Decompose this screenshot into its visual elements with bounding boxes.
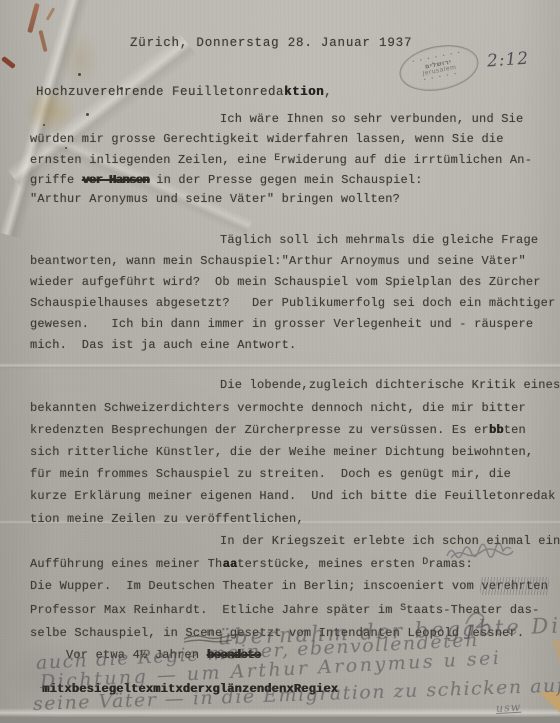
- page-bottom-edge: [0, 717, 560, 723]
- paragraph-3: Die lobende,zugleich dichterische Kritik…: [30, 374, 556, 529]
- typed-text: kurze Erklärung meiner eigenen Hand. Und…: [30, 489, 555, 503]
- dateline: Zürich, Donnerstag 28. Januar 1937: [130, 36, 412, 50]
- typed-text: bekannten Schweizerdichters vermochte de…: [30, 401, 526, 415]
- typed-text: mich. Das ist ja auch eine Antwort.: [30, 338, 296, 352]
- typed-text: ktion: [284, 85, 324, 99]
- letter-line: mich. Das ist ja auch eine Antwort.: [30, 335, 556, 356]
- letter-line: Ich wäre Ihnen so sehr verbunden, und Si…: [30, 110, 556, 130]
- typed-text: ,: [324, 85, 332, 99]
- typed-text: beantworten, wann mein Schauspiel:"Arthu…: [30, 254, 526, 268]
- letter-line: ernsten inliegenden Zeilen, eine Erwider…: [30, 149, 556, 171]
- typed-text: aa: [222, 557, 237, 571]
- typed-text: Professor Max Reinhardt. Etliche Jahre s…: [30, 603, 400, 617]
- salutation: Hochzuverehrende Feuilletonredaktion,: [36, 85, 332, 99]
- typed-text: Ich wäre Ihnen so sehr verbunden, und Si…: [220, 112, 523, 126]
- typed-text: verehrten: [481, 579, 548, 593]
- typed-text: rwiderung auf die irrtümlichen An-: [280, 153, 532, 167]
- rust-mark: [27, 3, 40, 33]
- letter-line: kurze Erklärung meiner eigenen Hand. Und…: [30, 485, 556, 507]
- letter-line: tion meine Zeilen zu veröffentlichen,: [30, 508, 556, 530]
- typed-text: ten: [504, 423, 526, 437]
- letter-line: Schauspielhauses abgesetzt? Der Publikum…: [30, 293, 556, 314]
- typed-text: ramas:: [428, 557, 472, 571]
- paper-stain: [60, 30, 100, 90]
- letter-line: Die lobende,zugleich dichterische Kritik…: [30, 374, 556, 396]
- typed-text: würden mir grosse Gerechtigkeit widerfah…: [30, 132, 504, 146]
- letter-line: sich ritterliche Künstler, die der Weihe…: [30, 441, 556, 463]
- letter-line: Aufführung eines meiner Thaaterstücke, m…: [30, 552, 556, 575]
- typed-text: Die Wupper. Im Deutschen Theater in Berl…: [30, 579, 481, 593]
- typed-text: Täglich soll ich mehrmals die gleiche Fr…: [220, 233, 538, 247]
- rust-mark: [38, 30, 47, 52]
- typed-text: gewesen. Ich bin dann immer in grosser V…: [30, 317, 533, 331]
- letter-line: In der Kriegszeit erlebte ich schon einm…: [30, 530, 556, 552]
- typed-text: Die lobende,zugleich dichterische Kritik…: [220, 378, 560, 392]
- letter-line: kredenzten Besprechungen der Zürcherpres…: [30, 419, 556, 441]
- letter-line: Täglich soll ich mehrmals die gleiche Fr…: [30, 230, 556, 251]
- scanned-letter-page: Zürich, Donnerstag 28. Januar 1937 ∙ ∙ ∙…: [0, 0, 560, 723]
- letter-line: wieder aufgeführt wird? Ob mein Schauspi…: [30, 272, 556, 293]
- ink-speck: [78, 73, 81, 76]
- typed-text: ernsten inliegenden Zeilen, eine: [30, 153, 274, 167]
- letter-line: würden mir grosse Gerechtigkeit widerfah…: [30, 130, 556, 150]
- handwritten-note: usw: [496, 701, 522, 715]
- typed-text: bb: [489, 423, 504, 437]
- letter-line: griffe ver Hansen in der Presse gegen me…: [30, 171, 556, 191]
- letter-line: Die Wupper. Im Deutschen Theater in Berl…: [30, 575, 556, 597]
- typed-text: "Arthur Aronymus und seine Väter" bringe…: [30, 192, 400, 206]
- typed-text: In der Kriegszeit erlebte ich schon einm…: [220, 534, 560, 548]
- letter-line: "Arthur Aronymus und seine Väter" bringe…: [30, 190, 556, 210]
- typed-text: sich ritterliche Künstler, die der Weihe…: [30, 445, 533, 459]
- struck-text: ver Hansen: [82, 173, 149, 187]
- typed-text: für mein frommes Schauspiel zu streiten.…: [30, 467, 511, 481]
- paragraph-1: Ich wäre Ihnen so sehr verbunden, und Si…: [30, 110, 556, 210]
- typed-text: griffe: [30, 173, 82, 187]
- pencil-shelf-number: 2:12: [486, 49, 529, 72]
- letter-line: bekannten Schweizerdichters vermochte de…: [30, 397, 556, 419]
- typed-text: Schauspielhauses abgesetzt? Der Publikum…: [30, 296, 555, 310]
- rust-mark: [1, 56, 16, 69]
- rust-mark: [46, 7, 56, 21]
- typed-text: tion meine Zeilen zu veröffentlichen,: [30, 512, 304, 526]
- typed-text: kredenzten Besprechungen der Zürcherpres…: [30, 423, 489, 437]
- typed-text: Aufführung eines meiner Th: [30, 557, 222, 571]
- typed-text: Hochzuverehrende Feuilletonreda: [36, 85, 284, 99]
- typed-text: wieder aufgeführt wird? Ob mein Schauspi…: [30, 275, 541, 289]
- paragraph-2: Täglich soll ich mehrmals die gleiche Fr…: [30, 230, 556, 355]
- letter-line: beantworten, wann mein Schauspiel:"Arthu…: [30, 251, 556, 272]
- letter-line: für mein frommes Schauspiel zu streiten.…: [30, 463, 556, 485]
- typed-text: in der Presse gegen mein Schauspiel:: [149, 173, 423, 187]
- letter-line: gewesen. Ich bin dann immer in grosser V…: [30, 314, 556, 335]
- letter-body: Ich wäre Ihnen so sehr verbunden, und Si…: [30, 110, 556, 667]
- typed-text: terstücke, meines ersten: [237, 557, 422, 571]
